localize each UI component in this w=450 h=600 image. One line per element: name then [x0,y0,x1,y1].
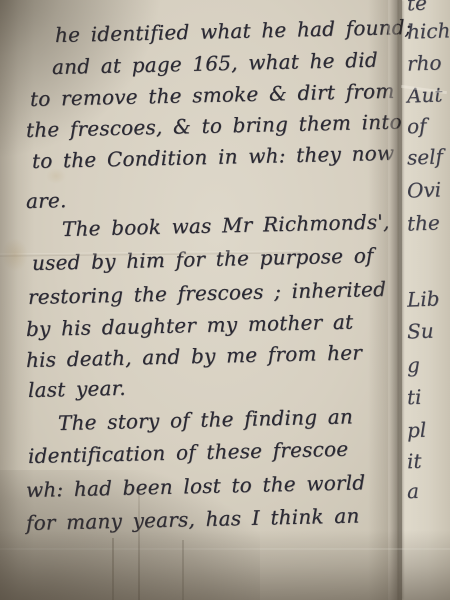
adjacent-page-fragment: a [407,478,420,504]
adjacent-page-fragment: Ovi [407,176,442,203]
manuscript-line: restoring the frescoes ; inherited [28,276,387,310]
adjacent-page-fragment: rho [407,49,442,76]
adjacent-page-fragment: ti [407,384,422,410]
vertical-crease [182,540,184,600]
adjacent-page-fragment: pl [407,417,427,444]
manuscript-line: he identified what he had found; [55,14,412,48]
manuscript-line: are. [26,187,67,214]
adjacent-page-fragment: self [407,143,444,170]
manuscript-line: his death, and by me from her [26,339,363,373]
edge-shadow [0,530,450,600]
adjacent-page-fragment: of [407,113,427,140]
adjacent-page-fragment: hich [407,17,450,44]
adjacent-page-fragment: te [407,0,428,16]
manuscript-line: for many years, has I think an [26,502,360,536]
adjacent-page-fragment: it [407,448,422,474]
adjacent-page-fragment: Aut [407,81,443,108]
manuscript-line: to remove the smoke & dirt from [30,78,395,112]
manuscript-line: wh: had been lost to the world [26,469,366,503]
manuscript-photo: he identified what he had found; and at … [0,0,450,600]
adjacent-page-fragment: g [407,352,421,378]
manuscript-line: The book was Mr Richmonds', [62,209,390,242]
manuscript-line: last year. [28,375,126,403]
vertical-crease [138,488,140,600]
adjacent-page-fragment: Su [407,318,434,345]
manuscript-line: the frescoes, & to bring them into [26,108,402,143]
adjacent-page-fragment: Lib [407,285,440,312]
manuscript-line: by his daughter my mother at [26,309,354,342]
paper-stain [2,238,28,272]
fold-crease [399,0,402,600]
manuscript-line: and at page 165, what he did [52,47,378,80]
manuscript-line: identification of these frescoe [28,436,349,469]
manuscript-line: used by him for the purpose of [32,242,374,276]
manuscript-line: to the Condition in wh: they now [32,140,395,174]
adjacent-page-fragment: the [407,209,441,236]
manuscript-line: The story of the finding an [58,403,354,436]
vertical-crease [112,538,114,600]
bottom-fold-ridge [0,548,450,550]
